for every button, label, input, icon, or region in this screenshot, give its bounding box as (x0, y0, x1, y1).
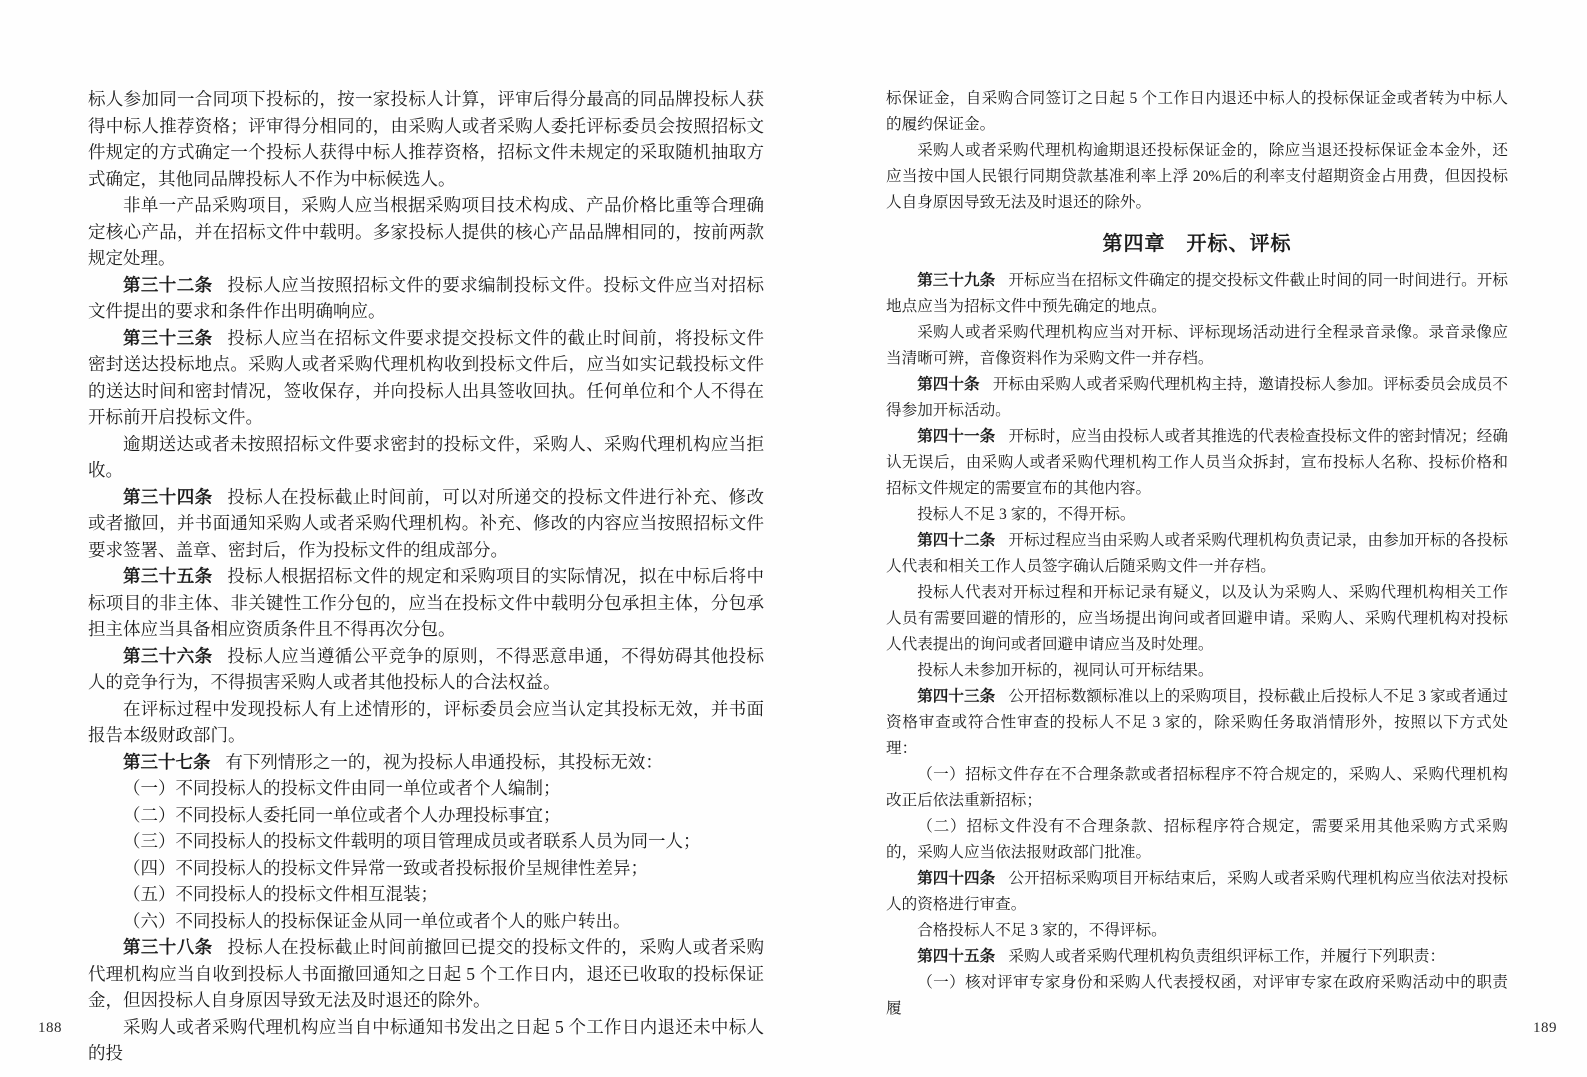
page-number-left: 188 (38, 1020, 62, 1037)
paragraph: 第三十三条投标人应当在招标文件要求提交投标文件的截止时间前，将投标文件密封送达投… (88, 325, 764, 431)
paragraph: 第三十六条投标人应当遵循公平竞争的原则，不得恶意串通，不得妨碍其他投标人的竞争行… (88, 643, 764, 696)
paragraph: （一）招标文件存在不合理条款或者招标程序不符合规定的，采购人、采购代理机构改正后… (886, 762, 1508, 814)
article-number: 第四十三条 (917, 688, 1008, 705)
paragraph: 投标人不足 3 家的，不得开标。 (886, 502, 1508, 528)
paragraph: 第三十五条投标人根据招标文件的规定和采购项目的实际情况，拟在中标后将中标项目的非… (88, 563, 764, 643)
chapter-heading: 第四章 开标、评标 (886, 231, 1508, 257)
paragraph: 标人参加同一合同项下投标的，按一家投标人计算，评审后得分最高的同品牌投标人获得中… (88, 86, 764, 192)
paragraph: （六）不同投标人的投标保证金从同一单位或者个人的账户转出。 (88, 908, 764, 935)
paragraph: 采购人或者采购代理机构应当对开标、评标现场活动进行全程录音录像。录音录像应当清晰… (886, 320, 1508, 372)
paragraph: 第三十八条投标人在投标截止时间前撤回已提交的投标文件的，采购人或者采购代理机构应… (88, 934, 764, 1014)
paragraph: 第四十二条开标过程应当由采购人或者采购代理机构负责记录，由参加开标的各投标人代表… (886, 528, 1508, 580)
paragraph: 在评标过程中发现投标人有上述情形的，评标委员会应当认定其投标无效，并书面报告本级… (88, 696, 764, 749)
paragraph: （一）核对评审专家身份和采购人代表授权函，对评审专家在政府采购活动中的职责履 (886, 970, 1508, 1022)
paragraph: （二）招标文件没有不合理条款、招标程序符合规定，需要采用其他采购方式采购的，采购… (886, 814, 1508, 866)
right-page-text-column: 标保证金，自采购合同签订之日起 5 个工作日内退还中标人的投标保证金或者转为中标… (886, 86, 1508, 1022)
paragraph: （二）不同投标人委托同一单位或者个人办理投标事宜； (88, 802, 764, 829)
book-spread: 标人参加同一合同项下投标的，按一家投标人计算，评审后得分最高的同品牌投标人获得中… (0, 0, 1587, 1077)
article-number: 第四十五条 (917, 948, 1008, 965)
article-number: 第三十五条 (123, 566, 227, 586)
paragraph: 第三十九条开标应当在招标文件确定的提交投标文件截止时间的同一时间进行。开标地点应… (886, 268, 1508, 320)
article-number: 第四十四条 (917, 870, 1008, 887)
paragraph: 第三十二条投标人应当按照招标文件的要求编制投标文件。投标文件应当对招标文件提出的… (88, 272, 764, 325)
paragraph: 第三十四条投标人在投标截止时间前，可以对所递交的投标文件进行补充、修改或者撤回，… (88, 484, 764, 564)
paragraph: 第四十五条采购人或者采购代理机构负责组织评标工作，并履行下列职责： (886, 944, 1508, 970)
paragraph: 第四十三条公开招标数额标准以上的采购项目，投标截止后投标人不足 3 家或者通过资… (886, 684, 1508, 762)
paragraph: （三）不同投标人的投标文件载明的项目管理成员或者联系人员为同一人； (88, 828, 764, 855)
paragraph: 投标人未参加开标的，视同认可开标结果。 (886, 658, 1508, 684)
article-number: 第三十四条 (123, 487, 227, 507)
article-number: 第三十九条 (917, 272, 1008, 289)
paragraph: 第三十七条有下列情形之一的，视为投标人串通投标，其投标无效： (88, 749, 764, 776)
article-number: 第三十七条 (123, 752, 225, 772)
article-number: 第四十条 (917, 376, 993, 393)
paragraph: 合格投标人不足 3 家的，不得评标。 (886, 918, 1508, 944)
left-page-text-column: 标人参加同一合同项下投标的，按一家投标人计算，评审后得分最高的同品牌投标人获得中… (88, 86, 764, 1067)
paragraph: 采购人或者采购代理机构逾期退还投标保证金的，除应当退还投标保证金本金外，还应当按… (886, 138, 1508, 216)
paragraph: 第四十一条开标时，应当由投标人或者其推选的代表检查投标文件的密封情况；经确认无误… (886, 424, 1508, 502)
paragraph-text: 有下列情形之一的，视为投标人串通投标，其投标无效： (225, 752, 663, 772)
paragraph: 第四十四条公开招标采购项目开标结束后，采购人或者采购代理机构应当依法对投标人的资… (886, 866, 1508, 918)
article-number: 第四十二条 (917, 532, 1008, 549)
paragraph: 非单一产品采购项目，采购人应当根据采购项目技术构成、产品价格比重等合理确定核心产… (88, 192, 764, 272)
paragraph: （四）不同投标人的投标文件异常一致或者投标报价呈规律性差异； (88, 855, 764, 882)
article-number: 第四十一条 (917, 428, 1008, 445)
paragraph-text: 采购人或者采购代理机构负责组织评标工作，并履行下列职责： (1008, 948, 1445, 965)
page-number-right: 189 (1533, 1020, 1557, 1037)
paragraph: 采购人或者采购代理机构应当自中标通知书发出之日起 5 个工作日内退还未中标人的投 (88, 1014, 764, 1067)
article-number: 第三十三条 (123, 328, 227, 348)
paragraph: 逾期送达或者未按照招标文件要求密封的投标文件，采购人、采购代理机构应当拒收。 (88, 431, 764, 484)
paragraph: 第四十条开标由采购人或者采购代理机构主持，邀请投标人参加。评标委员会成员不得参加… (886, 372, 1508, 424)
article-number: 第三十八条 (123, 937, 227, 957)
paragraph: 标保证金，自采购合同签订之日起 5 个工作日内退还中标人的投标保证金或者转为中标… (886, 86, 1508, 138)
paragraph: 投标人代表对开标过程和开标记录有疑义，以及认为采购人、采购代理机构相关工作人员有… (886, 580, 1508, 658)
article-number: 第三十六条 (123, 646, 227, 666)
paragraph: （一）不同投标人的投标文件由同一单位或者个人编制； (88, 775, 764, 802)
paragraph: （五）不同投标人的投标文件相互混装； (88, 881, 764, 908)
article-number: 第三十二条 (123, 275, 227, 295)
